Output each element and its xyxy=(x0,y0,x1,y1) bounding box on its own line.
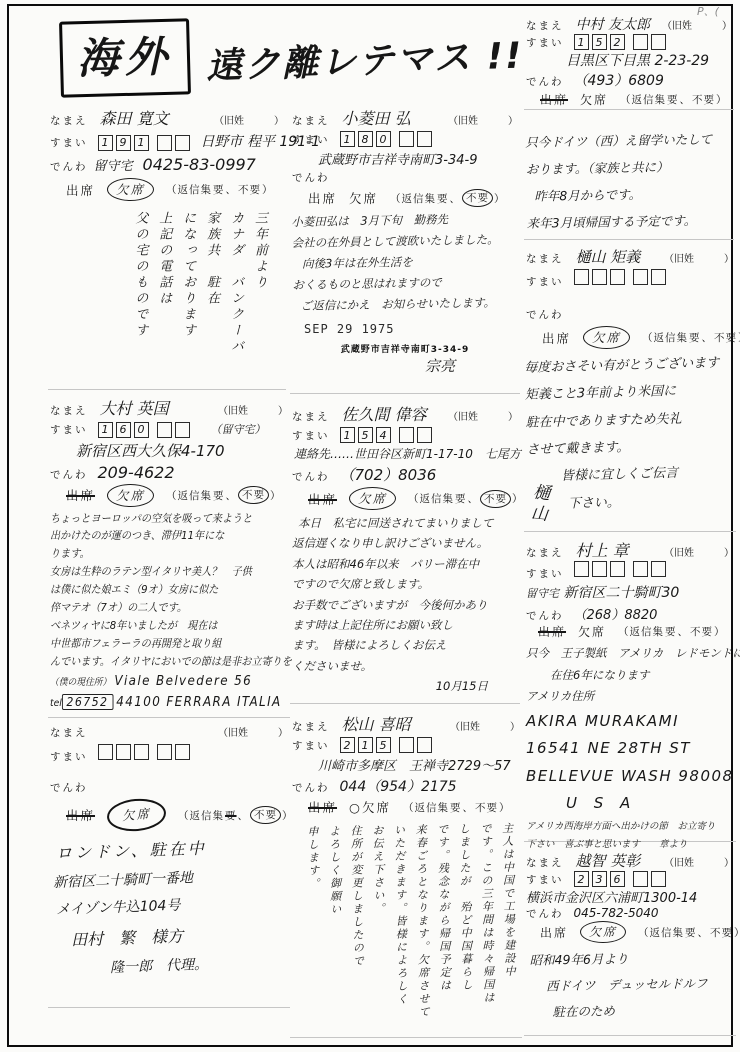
absent-label-circled: 欠席 xyxy=(107,484,154,507)
us-address-line: BELLEVUE WASH 98008 xyxy=(526,764,734,790)
postal-box xyxy=(399,737,414,753)
reply-required-group: （返信集要、不要） xyxy=(403,800,512,815)
message-line: させて戴きます。 xyxy=(526,432,735,463)
address-value: 連絡先……世田谷区新町1-17-10 七尾方 xyxy=(294,445,518,462)
postal-box xyxy=(399,427,414,443)
address-label: すまい xyxy=(50,422,88,437)
message-line: 田村 繁 様方 xyxy=(71,918,290,955)
postal-box: 0 xyxy=(376,131,391,147)
postal-box: 1 xyxy=(358,737,373,753)
message-line: ます。 皆様によろしくお伝え xyxy=(292,636,518,654)
attendance-row: 出席 欠席 （返信集要、不要） xyxy=(540,921,734,943)
name-label: なまえ xyxy=(526,18,564,33)
attendance-row: 出席 欠席 （返信集要、不要） xyxy=(66,178,284,201)
message-line: 女房は生粋のラテン型イタリヤ美人？ 子供 xyxy=(50,564,289,580)
name-value: 越智 英彰 xyxy=(576,850,641,871)
postal-box xyxy=(633,561,648,577)
message-line: おくるものと思はれますので xyxy=(292,272,518,295)
postal-code-boxes: 1 5 2 xyxy=(574,34,669,50)
reply-card-nakamura: なまえ 中村 友太郎 （旧姓 ） すまい 1 5 2 目黒区下目黒 2-23-2… xyxy=(524,6,734,110)
reply-required-group: （返信集要、不要） xyxy=(642,330,740,345)
signature: 宗亮 xyxy=(362,355,518,376)
name-value: 小菱田 弘 xyxy=(342,106,411,129)
postal-box: 5 xyxy=(376,737,391,753)
handwritten-message: ちょっとヨーロッパの空気を吸って来ようと 出かけたのが運のつき、滞伊11年にな … xyxy=(50,511,289,713)
name-label: なまえ xyxy=(526,855,564,870)
postal-box xyxy=(574,561,589,577)
postal-box: 2 xyxy=(574,871,589,887)
phone-label: でんわ xyxy=(526,608,564,623)
reply-required-group: （返信集要、不要） xyxy=(166,182,275,197)
message-line: 小菱田弘は 3月下旬 勤務先 xyxy=(291,209,517,232)
absent-label-circled: 欠席 xyxy=(349,487,396,510)
address-value: 新宿区西大久保4-170 xyxy=(76,440,288,461)
message-date: 10月15日 xyxy=(292,677,488,695)
message-column: 申します。 xyxy=(305,826,321,1031)
message-column: 主人は中国で工場を建設中 xyxy=(500,822,516,1027)
reply-card-hiyama: なまえ 樋山 矩義 （旧姓 ） すまい でんわ 出席 欠席 （返信集要、不要） xyxy=(524,242,736,532)
reply-card-murakami: なまえ 村上 章 （旧姓 ） すまい 留守宅 新宿区二十騎町30 でんわ （26… xyxy=(524,534,736,842)
date-stamp: SEP 29 1975 xyxy=(304,322,518,336)
message-line: 本日 私宅に回送されてまいりまして xyxy=(298,514,518,532)
maiden-label: （旧姓 ） xyxy=(218,402,288,417)
reply-required-group: （返信集要、不要） xyxy=(166,486,283,504)
reply-card-omura: なまえ 大村 英国 （旧姓 ） すまい 1 6 0 （留守宅） 新宿区西大久保4… xyxy=(48,392,290,718)
postal-box: 1 xyxy=(98,135,113,151)
postal-box xyxy=(175,744,190,760)
message-line: アメリカ住所 xyxy=(526,687,734,707)
not-required-circled: 不要 xyxy=(238,486,269,504)
not-required-circled: 不要 xyxy=(462,189,493,207)
attend-label: 出席 xyxy=(66,181,95,199)
postal-box: 1 xyxy=(574,34,589,50)
address-value: 武蔵野市吉祥寺南町3-34-9 xyxy=(318,149,518,168)
postal-box xyxy=(98,744,113,760)
reply-card-morita: なまえ 森田 寛文 （旧姓 ） すまい 1 9 1 日野市 程平 191-1 で… xyxy=(48,102,286,390)
message-line: 毎度おさそい有がとうございます xyxy=(524,350,733,381)
address-label: すまい xyxy=(292,738,330,753)
not-required-circled: 不要 xyxy=(250,806,281,824)
reply-card-ochi: なまえ 越智 英彰 （旧姓 ） すまい 2 3 6 横浜市金沢区六浦町1300-… xyxy=(524,846,736,1036)
address-value: 留守宅 新宿区二十騎町30 xyxy=(526,582,734,602)
postal-box: 2 xyxy=(340,737,355,753)
handwritten-message-vertical: 主人は中国で工場を建設中 です。この三年間は時々帰国は しましたが 殆ど中国暮ら… xyxy=(296,822,516,1031)
message-line: んでいます。イタリヤにおいでの節は是非お立寄りを xyxy=(50,654,289,670)
absent-label: 欠席 xyxy=(580,91,608,108)
address-value: 川崎市多摩区 王禅寺2729〜57 xyxy=(318,755,520,774)
postal-code-boxes xyxy=(98,744,193,760)
attendance-row: 出席 欠席 （返信集要、不要） xyxy=(308,487,518,510)
reply-required-group: （返信集要、不要） xyxy=(620,92,729,107)
phone-label: でんわ xyxy=(50,780,88,795)
message-line: 駐在中でありますため失礼 xyxy=(525,405,734,436)
title-text: 遠ク離レテマス !! xyxy=(205,27,524,89)
message-line: 本人は昭和46年以来 パリー滞在中 xyxy=(292,555,518,573)
attend-label-struck: 出席 xyxy=(540,91,568,108)
postal-box xyxy=(651,561,666,577)
tel-number-boxed: 26752 xyxy=(62,694,113,710)
postal-box xyxy=(417,427,432,443)
signature-vertical: 樋山 xyxy=(524,482,553,526)
postal-box xyxy=(417,737,432,753)
postal-box xyxy=(651,34,666,50)
message-column: です。残念ながら帰国予定は xyxy=(435,823,451,1028)
postal-code-boxes: 1 9 1 xyxy=(98,135,193,151)
address-label: すまい xyxy=(292,132,330,147)
scanned-reply-postcards-page: P、( 海外 遠ク離レテマス !! なまえ 森田 寛文 （旧姓 ） すまい 1 … xyxy=(0,0,740,1052)
postal-box xyxy=(592,561,607,577)
name-label: なまえ xyxy=(50,725,88,740)
postal-box xyxy=(633,34,648,50)
message-line: 只今ドイツ（西）え留学いたして xyxy=(525,126,731,155)
reply-card-germany-note: 只今ドイツ（西）え留学いたして おります。（家族と共に） 昨年8月からです。 来… xyxy=(524,116,734,240)
postal-code-boxes: 2 1 5 xyxy=(340,737,435,753)
message-line: 下さい。 xyxy=(567,487,736,517)
postal-code-boxes xyxy=(574,561,669,577)
handwritten-message: ロンドン、駐在中 新宿区二十騎町一番地 メイゾン牛込104号 田村 繁 様方 隆… xyxy=(48,831,291,984)
postal-box xyxy=(417,131,432,147)
message-line: ベネツィヤに8年いましたが 現在は xyxy=(50,618,289,634)
postal-box: 3 xyxy=(592,871,607,887)
name-label: なまえ xyxy=(50,113,88,128)
name-value: 松山 喜昭 xyxy=(342,712,411,735)
phone-label: でんわ xyxy=(292,170,330,185)
message-line: 会社の在外員として渡欧いたしました。 xyxy=(291,230,517,253)
attend-label-struck: 出席 xyxy=(66,806,95,824)
maiden-label: （旧姓 ） xyxy=(448,408,518,423)
reply-required-group: （返信集要、不要） xyxy=(390,189,507,207)
attendance-row: 出席 欠席 （返信集要、不要） xyxy=(538,623,734,640)
message-line: ちょっとヨーロッパの空気を吸って来ようと xyxy=(50,511,289,527)
message-line: 駐在のため xyxy=(552,997,734,1024)
postal-box xyxy=(175,135,190,151)
postal-box xyxy=(633,269,648,285)
message-line: ご返信にかえ お知らせいたします。 xyxy=(301,293,519,316)
reply-required-group: （返信集要、不要） xyxy=(618,624,727,639)
message-line: 皆様に宜しくご伝言 xyxy=(561,460,736,490)
message-line: 在住6年になります xyxy=(550,666,734,686)
closing-line: アメリカ西海岸方面へ出かけの節 お立寄り xyxy=(526,819,734,835)
postal-box: 6 xyxy=(610,871,625,887)
absent-label-circled: 欠席 xyxy=(583,326,630,349)
phone-label: でんわ xyxy=(292,469,330,484)
postal-box xyxy=(610,561,625,577)
postal-box: 4 xyxy=(376,427,391,443)
address-label: すまい xyxy=(526,566,564,581)
message-line: 中世都市フェラーラの再開発と取り組 xyxy=(50,636,289,652)
message-line: 隆一郎 代理。 xyxy=(110,950,291,982)
phone-label: でんわ xyxy=(526,307,564,322)
attend-label-struck: 出席 xyxy=(66,486,95,504)
name-label: なまえ xyxy=(292,719,330,734)
handwritten-message-vertical: 三年前より カナダ バンクーバ 家族共 駐在 になっております 上記の電話は 父… xyxy=(122,211,266,376)
handwritten-message: 小菱田弘は 3月下旬 勤務先 会社の在外員として渡欧いたしました。 向後3年は在… xyxy=(291,209,519,316)
message-line: 昨年8月からです。 xyxy=(534,180,732,208)
postal-box xyxy=(633,871,648,887)
name-label: なまえ xyxy=(526,251,564,266)
attendance-row: 出席 欠席 （返信集要、不要） xyxy=(540,91,732,108)
printed-address: 武蔵野市吉祥寺南町3-34-9 xyxy=(292,342,518,355)
postal-box xyxy=(116,744,131,760)
address-value: 横浜市金沢区六浦町1300-14 xyxy=(526,887,734,906)
address-label: すまい xyxy=(50,749,88,764)
reply-required-group: （返信集要、不要） xyxy=(408,490,525,508)
attendance-row: 出席 欠席 （返信集要、不要） xyxy=(66,484,288,507)
postal-box: 1 xyxy=(98,422,113,438)
message-column: 来春ごろとなります。欠席させて xyxy=(413,824,429,1029)
address-note: （留守宅） xyxy=(211,421,266,437)
handwritten-message: 毎度おさそい有がとうございます 矩義こと3年前より米国に 駐在中でありますため失… xyxy=(524,350,736,517)
not-required-circled: 不要 xyxy=(480,490,511,508)
maiden-label: （旧姓 ） xyxy=(218,724,288,739)
message-column: お伝え下さい。 xyxy=(370,824,386,1029)
address-label: すまい xyxy=(526,872,564,887)
italy-address-line2: tel26752 44100 FERRARA ITALIA xyxy=(50,694,289,713)
maiden-label: （旧姓 ） xyxy=(664,854,734,869)
reply-card-london: なまえ （旧姓 ） すまい でんわ 出席 欠席 （返信集要、不要） xyxy=(48,720,290,1008)
message-column: です。この三年間は時々帰国は xyxy=(478,823,494,1028)
postal-code-boxes: 1 5 4 xyxy=(340,427,435,443)
message-line: ります。 xyxy=(50,546,289,562)
postal-box: 1 xyxy=(134,135,149,151)
maiden-label: （旧姓 ） xyxy=(214,112,284,127)
attendance-row: 出席 欠席 （返信集要、不要） xyxy=(308,189,518,207)
message-column: 上記の電話は xyxy=(155,211,170,376)
name-value: 中村 友太郎 xyxy=(576,14,650,34)
name-label: なまえ xyxy=(526,545,564,560)
us-address-line: AKIRA MURAKAMI xyxy=(526,709,734,735)
absent-label-marked: ○欠席 xyxy=(349,798,391,816)
message-line: は僕に似た娘エミ（9オ）女房に似た xyxy=(50,582,289,598)
message-line: 返信遅くなり申し訳けございません。 xyxy=(292,534,518,552)
absent-label-circled: 欠席 xyxy=(107,178,154,201)
attendance-row: 出席 欠席 （返信集要、不要） xyxy=(542,326,734,349)
maiden-label: （旧姓 ） xyxy=(450,718,520,733)
absent-label: 欠席 xyxy=(578,623,606,640)
phone-value: 044（954）2175 xyxy=(340,776,457,796)
name-value: 森田 寛文 xyxy=(100,106,169,129)
message-column: しましたが 殆ど中国暮らし xyxy=(456,823,472,1028)
message-line: 西ドイツ デュッセルドルフ xyxy=(546,971,734,998)
message-line: 向後3年は在外生活を xyxy=(302,251,518,274)
handwritten-message: 只今 王子製紙 アメリカ レドモンドに 在住6年になります アメリカ住所 AKI… xyxy=(526,644,734,853)
handwritten-message: 本日 私宅に回送されてまいりまして 返信遅くなり申し訳けございません。 本人は昭… xyxy=(292,514,518,696)
postal-box xyxy=(651,269,666,285)
name-label: なまえ xyxy=(292,409,330,424)
message-column: 住所が変更しましたので xyxy=(348,825,364,1030)
phone-value: 045-782-5040 xyxy=(574,906,659,920)
message-line: ですので欠席と致します。 xyxy=(292,575,518,593)
reply-required-group: （返信集要、不要） xyxy=(638,925,740,940)
reply-required-group: （返信集要、不要） xyxy=(178,806,295,824)
reply-card-sakuma: なまえ 佐久間 偉容 （旧姓 ） すまい 1 5 4 連絡先……世田谷区新町1-… xyxy=(290,398,520,704)
postal-box xyxy=(157,422,172,438)
message-line: おります。（家族と共に） xyxy=(526,153,732,182)
message-line: くださいませ。 xyxy=(292,657,518,675)
title-box-kaigai: 海外 xyxy=(59,18,191,97)
address-label: すまい xyxy=(292,428,330,443)
reply-card-matsuyama: なまえ 松山 喜昭 （旧姓 ） すまい 2 1 5 川崎市多摩区 王禅寺2729… xyxy=(290,708,522,1038)
phone-label: でんわ xyxy=(526,74,564,89)
postal-box xyxy=(574,269,589,285)
message-line: 倅マテオ（7オ）の二人です。 xyxy=(50,600,289,616)
phone-value: （268）8820 xyxy=(574,604,658,623)
message-line: 只今 王子製紙 アメリカ レドモンドに xyxy=(526,644,734,664)
name-value: 村上 章 xyxy=(576,538,629,561)
postal-box xyxy=(651,871,666,887)
name-label: なまえ xyxy=(50,403,88,418)
phone-value: 209-4622 xyxy=(98,463,175,482)
postal-box: 9 xyxy=(116,135,131,151)
postal-box xyxy=(175,422,190,438)
attend-label-struck: 出席 xyxy=(308,490,337,508)
handwritten-message: 只今ドイツ（西）え留学いたして おります。（家族と共に） 昨年8月からです。 来… xyxy=(525,126,733,236)
postal-code-boxes xyxy=(574,269,669,285)
maiden-label: （旧姓 ） xyxy=(448,112,518,127)
phone-value: （702）8036 xyxy=(340,464,437,485)
phone-label: でんわ xyxy=(526,906,564,921)
phone-label: でんわ xyxy=(50,467,88,482)
maiden-label: （旧姓 ） xyxy=(664,250,734,265)
message-line: 来年3月頃帰国する予定です。 xyxy=(527,207,733,236)
required-struck: 要 xyxy=(225,808,237,823)
postal-box xyxy=(592,269,607,285)
message-column: カナダ バンクーバ xyxy=(227,211,242,376)
maiden-label: （旧姓 ） xyxy=(662,17,732,32)
absent-label: 欠席 xyxy=(349,189,378,207)
address-label: すまい xyxy=(526,274,564,289)
message-line: お手数でございますが 今後何かあり xyxy=(292,596,518,614)
phone-value: （493）6809 xyxy=(574,70,664,90)
postal-code-boxes: 1 8 0 xyxy=(340,131,435,147)
message-column: になっております xyxy=(179,211,194,376)
phone-label: でんわ xyxy=(50,159,88,174)
message-line: 矩義こと3年前より米国に xyxy=(525,378,734,409)
name-value: 佐久間 偉容 xyxy=(342,402,427,425)
postal-box xyxy=(134,744,149,760)
message-column: 父の宅のものです xyxy=(131,211,146,376)
us-address-line: 16541 NE 28TH ST xyxy=(526,736,734,762)
reply-card-kobishida: なまえ 小菱田 弘 （旧姓 ） すまい 1 8 0 武蔵野市吉祥寺南町3-34-… xyxy=(290,102,520,394)
postal-box: 1 xyxy=(340,427,355,443)
attendance-row: 出席 ○欠席 （返信集要、不要） xyxy=(308,798,520,816)
postal-box xyxy=(157,135,172,151)
postal-box: 1 xyxy=(340,131,355,147)
us-address-line: U S A xyxy=(566,791,734,817)
postal-box xyxy=(399,131,414,147)
postal-box xyxy=(610,269,625,285)
message-line: 出かけたのが運のつき、滞伊11年にな xyxy=(50,528,289,544)
postal-box: 2 xyxy=(610,34,625,50)
message-column: いただきます。皆様によろしく xyxy=(391,824,407,1029)
handwritten-message: 昭和49年6月より 西ドイツ デュッセルドルフ 駐在のため xyxy=(525,945,734,1024)
postal-box: 8 xyxy=(358,131,373,147)
attend-label-struck: 出席 xyxy=(538,623,566,640)
italy-address-line: （僕の現住所） Viale Belvedere 56 xyxy=(50,673,289,692)
absent-label-circled: 欠席 xyxy=(580,921,626,943)
message-column: 三年前より xyxy=(251,211,266,376)
postal-box: 5 xyxy=(592,34,607,50)
postal-box: 5 xyxy=(358,427,373,443)
name-label: なまえ xyxy=(292,113,330,128)
name-value: 大村 英国 xyxy=(100,396,169,419)
postal-code-boxes: 2 3 6 xyxy=(574,871,669,887)
postal-box xyxy=(157,744,172,760)
page-title: 海外 遠ク離レテマス !! xyxy=(60,16,540,100)
postal-code-boxes: 1 6 0 xyxy=(98,422,193,438)
postal-box: 0 xyxy=(134,422,149,438)
message-line: ます時は上記住所にお願い致し xyxy=(292,616,518,634)
message-line: 昭和49年6月より xyxy=(529,945,733,972)
address-label: すまい xyxy=(526,35,564,50)
phone-prefix: 留守宅 xyxy=(94,155,133,174)
phone-value: 0425-83-0997 xyxy=(143,155,256,174)
absent-label-circled: 欠席 xyxy=(106,796,168,833)
phone-label: でんわ xyxy=(292,780,330,795)
attendance-row: 出席 欠席 （返信集要、不要） xyxy=(66,799,288,831)
address-label: すまい xyxy=(50,135,88,150)
name-value: 樋山 矩義 xyxy=(576,246,641,267)
attend-label: 出席 xyxy=(542,329,571,347)
postal-box: 6 xyxy=(116,422,131,438)
attend-label-struck: 出席 xyxy=(308,798,337,816)
maiden-label: （旧姓 ） xyxy=(664,544,734,559)
message-column: よろしく御願い xyxy=(326,825,342,1030)
message-column: 家族共 駐在 xyxy=(203,211,218,376)
attend-label: 出席 xyxy=(308,189,337,207)
address-value: 目黒区下目黒 2-23-29 xyxy=(566,50,732,70)
attend-label: 出席 xyxy=(540,924,568,941)
